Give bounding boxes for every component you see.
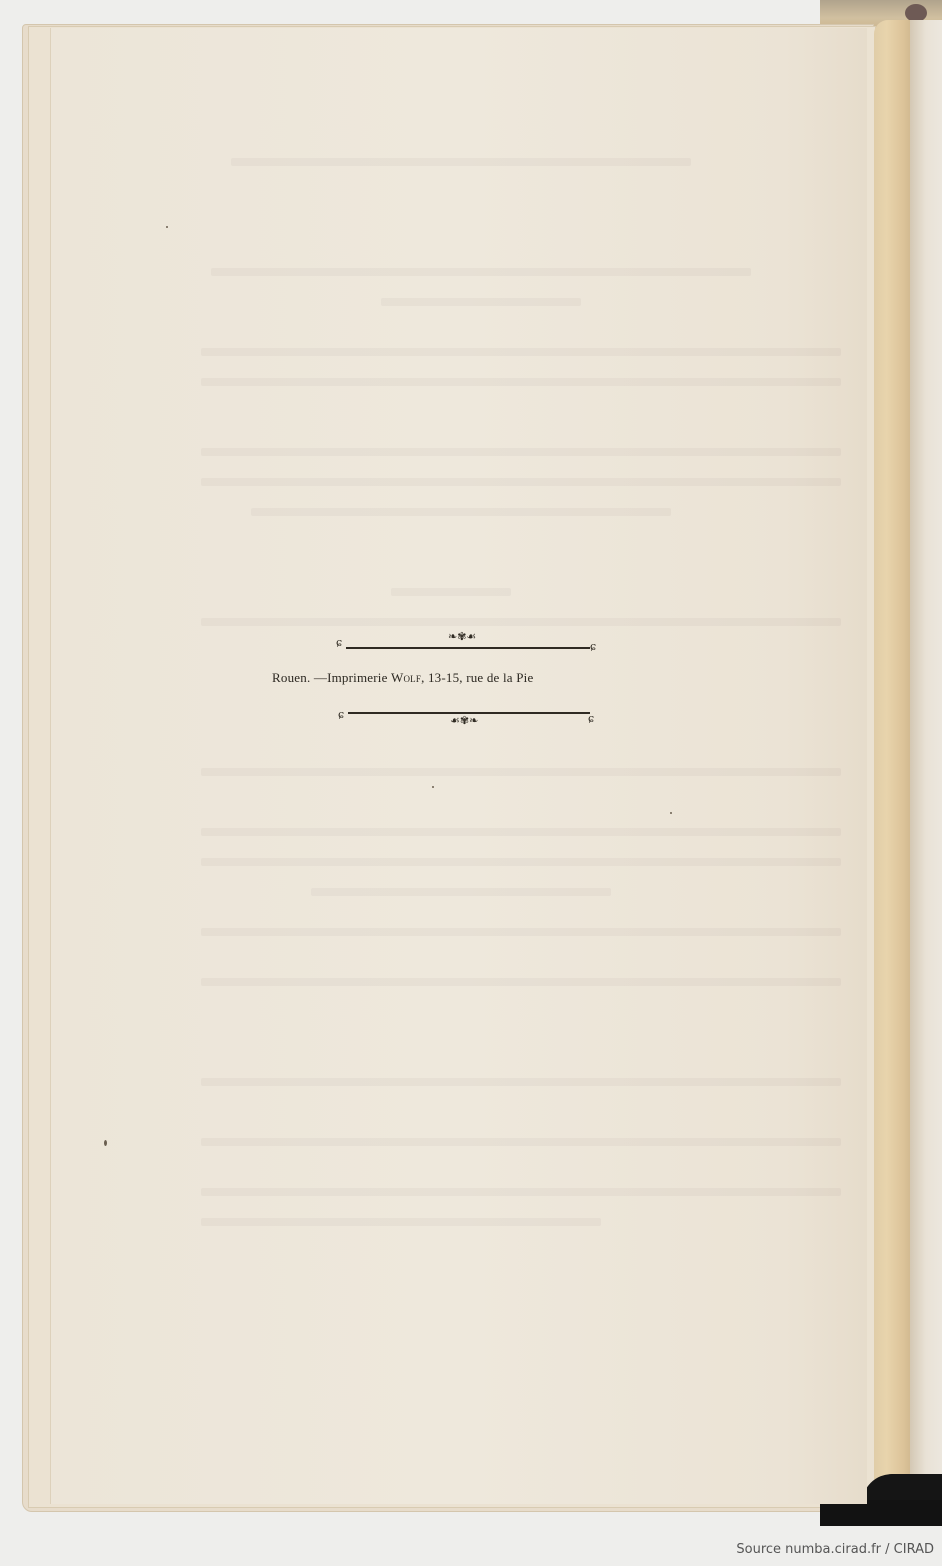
bleed-through-line — [201, 618, 841, 626]
ornament-top-center: ❧✾☙ — [448, 630, 476, 643]
bleed-through-line — [211, 268, 751, 276]
ornament-curl-top-right: ɕ — [590, 640, 596, 653]
paper-speck — [432, 786, 434, 788]
paper-speck — [166, 226, 168, 228]
bleed-through-line — [311, 888, 611, 896]
bleed-through-line — [201, 978, 841, 986]
bleed-through-line — [201, 448, 841, 456]
printer-imprint: Rouen. —Imprimerie Wolf, 13-15, rue de l… — [272, 670, 672, 686]
bleed-through-line — [201, 928, 841, 936]
ornament-curl-bottom-right: ɕ — [588, 712, 594, 725]
ornament-curl-top-left: ɕ — [336, 636, 342, 649]
imprint-printer-prefix: Imprimerie — [327, 670, 391, 685]
bleed-through-line — [201, 768, 841, 776]
imprint-dash: — — [310, 670, 327, 685]
imprint-address: , 13-15, rue de la Pie — [421, 670, 533, 685]
ornament-curl-bottom-left: ɕ — [338, 708, 344, 721]
bleed-through-line — [391, 588, 511, 596]
bleed-through-line — [231, 158, 691, 166]
bleed-through-line — [201, 348, 841, 356]
imprint-printer-name: Wolf — [391, 670, 421, 685]
bleed-through-line — [201, 828, 841, 836]
source-credit: Source numba.cirad.fr / CIRAD — [736, 1542, 934, 1557]
facing-page-edge — [910, 20, 942, 1520]
document-page — [50, 28, 867, 1504]
ornamental-rule-top — [346, 647, 590, 649]
bleed-through-line — [201, 1188, 841, 1196]
bleed-through-line — [201, 378, 841, 386]
paper-speck — [104, 1140, 107, 1146]
bleed-through-line — [201, 1218, 601, 1226]
imprint-city: Rouen. — [272, 670, 310, 685]
bleed-through-line — [201, 478, 841, 486]
bleed-through-line — [201, 1138, 841, 1146]
bleed-through-line — [201, 858, 841, 866]
bleed-through-line — [251, 508, 671, 516]
ornament-bottom-center: ☙✾❧ — [450, 714, 478, 727]
bleed-through-line — [201, 1078, 841, 1086]
paper-speck — [670, 812, 672, 814]
bleed-through-line — [381, 298, 581, 306]
